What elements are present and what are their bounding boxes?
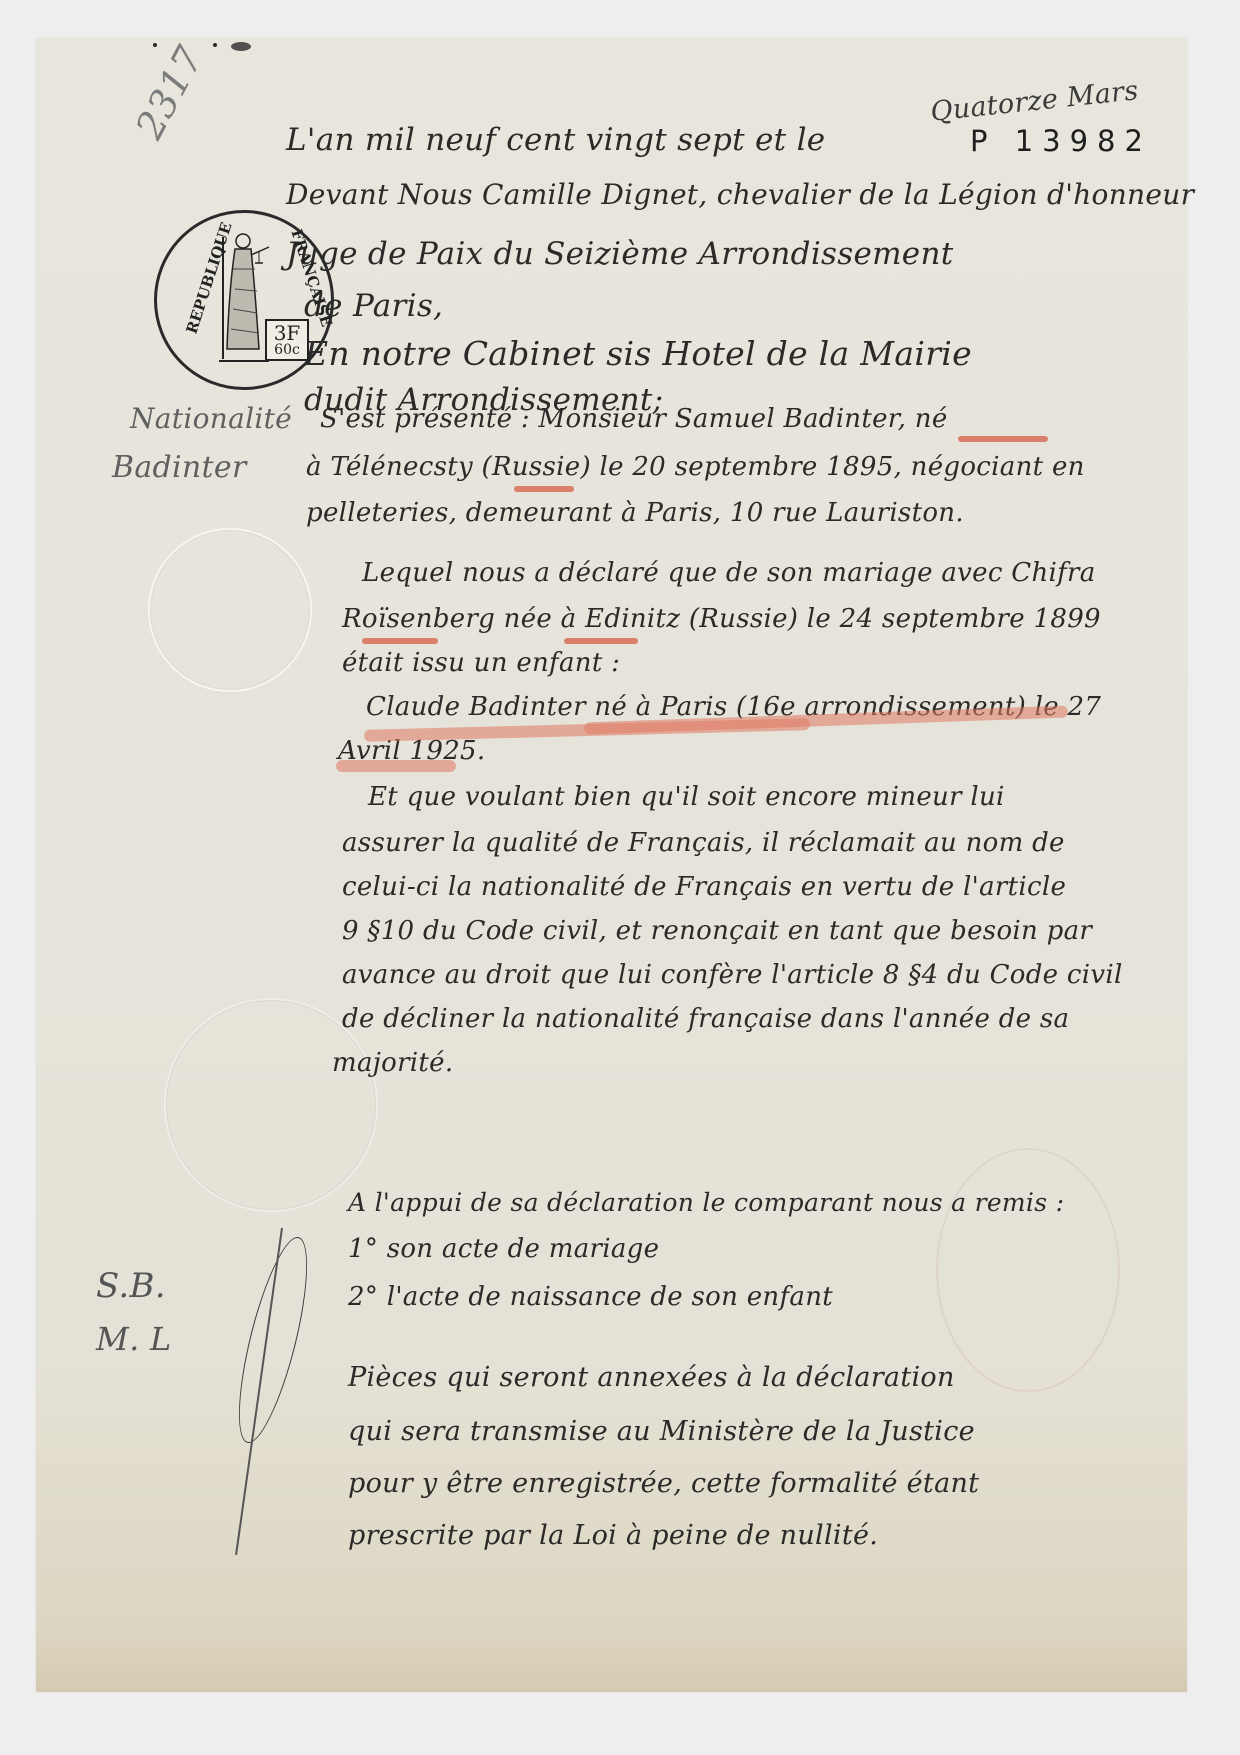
initials-line-1: S.B. [96, 1266, 166, 1306]
body-p4-line3: celui-ci la nationalité de Français en v… [342, 872, 1066, 902]
highlight-badinter [958, 436, 1048, 442]
stamp-value-box: 3F 60c [265, 319, 309, 361]
header-line-5: En notre Cabinet sis Hotel de la Mairie [304, 334, 972, 373]
faint-ink-seal [936, 1148, 1120, 1392]
body-p4-line5: avance au droit que lui confère l'articl… [342, 960, 1123, 990]
closing-line-3: pour y être enregistrée, cette formalité… [348, 1468, 979, 1499]
pencil-reference-number: 2317 [127, 39, 212, 146]
body-p4-line1: Et que voulant bien qu'il soit encore mi… [368, 782, 1005, 812]
date-annotation: Quatorze Mars [929, 75, 1140, 128]
attachment-item-2: 2° l'acte de naissance de son enfant [348, 1282, 833, 1312]
margin-note-badinter: Badinter [112, 450, 247, 485]
document-page: 2317 Quatorze Mars P 13982 L'an mil neuf… [36, 38, 1187, 1692]
margin-note-nationalite: Nationalité [130, 402, 292, 435]
ink-blot [153, 43, 157, 47]
body-p1-line2: à Télénecsty (Russie) le 20 septembre 18… [306, 452, 1085, 482]
body-p4-line7: majorité. [332, 1048, 453, 1078]
closing-line-2: qui sera transmise au Ministère de la Ju… [348, 1416, 975, 1447]
header-line-2: Devant Nous Camille Dignet, chevalier de… [286, 178, 1194, 211]
body-p2-line3: était issu un enfant : [342, 648, 620, 678]
initials-line-2: M. L [96, 1320, 172, 1358]
attachment-item-1: 1° son acte de mariage [348, 1234, 659, 1264]
header-line-3: Juge de Paix du Seizième Arrondissement [286, 236, 953, 272]
register-number: P 13982 [970, 124, 1152, 158]
body-p4-line2: assurer la qualité de Français, il récla… [342, 828, 1065, 858]
stamp-value-centimes: 60c [267, 343, 307, 357]
embossed-seal [148, 528, 312, 692]
fiscal-stamp: REPUBLIQUE FRANÇAISE 3F 60c [154, 210, 334, 390]
highlight-roisenberg [362, 638, 438, 644]
highlight-russie-2 [564, 638, 638, 644]
body-p4-line4: 9 §10 du Code civil, et renonçait en tan… [342, 916, 1092, 946]
highlight-avril-1925 [336, 760, 456, 772]
body-p4-line6: de décliner la nationalité française dan… [342, 1004, 1069, 1034]
header-line-1: L'an mil neuf cent vingt sept et le [286, 122, 825, 158]
body-p1-line3: pelleteries, demeurant à Paris, 10 rue L… [306, 498, 964, 528]
stamp-value-francs: 3F [267, 323, 307, 343]
closing-line-1: Pièces qui seront annexées à la déclarat… [348, 1362, 955, 1393]
closing-line-4: prescrite par la Loi à peine de nullité. [348, 1520, 878, 1551]
body-p2-line1: Lequel nous a déclaré que de son mariage… [362, 558, 1096, 588]
justice-figure-icon [215, 229, 271, 369]
body-p1-line1: S'est présenté : Monsieur Samuel Badinte… [320, 404, 948, 434]
highlight-russie-1 [514, 486, 574, 492]
body-p2-line2: Roïsenberg née à Edinitz (Russie) le 24 … [342, 604, 1101, 634]
signature-loop-mark [225, 1232, 321, 1449]
ink-blot [231, 42, 251, 51]
attachments-intro: A l'appui de sa déclaration le comparant… [348, 1188, 1064, 1217]
ink-blot [213, 43, 217, 47]
